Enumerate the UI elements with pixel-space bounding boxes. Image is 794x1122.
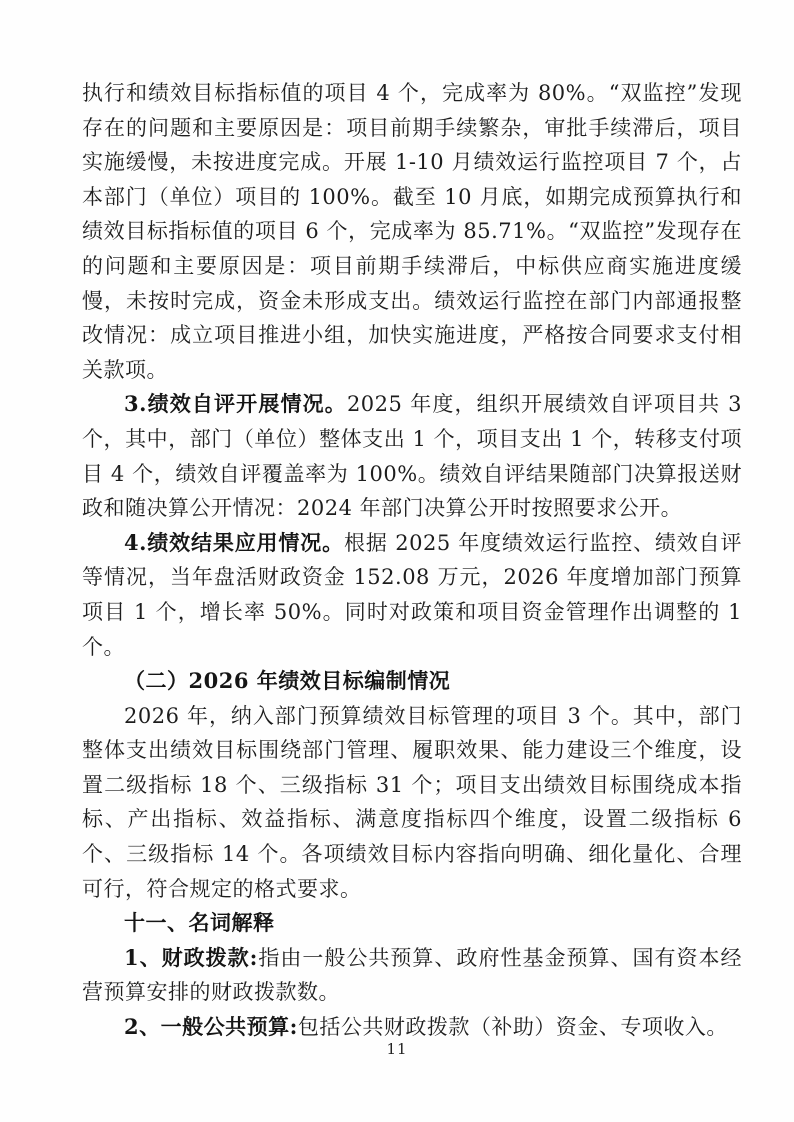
- glossary-term-fiscal-appropriation-lead: 1、财政拨款:: [124, 945, 258, 970]
- glossary-term-general-public-budget-lead: 2、一般公共预算:: [124, 1014, 298, 1039]
- glossary-term-general-public-budget-text: 包括公共财政拨款（补助）资金、专项收入。: [298, 1015, 728, 1039]
- paragraph-monitoring-continued: 执行和绩效目标指标值的项目 4 个，完成率为 80%。“双监控”发现存在的问题和…: [82, 76, 742, 387]
- glossary-term-fiscal-appropriation: 1、财政拨款:指由一般公共预算、政府性基金预算、国有资本经营预算安排的财政拨款数…: [82, 941, 742, 1010]
- paragraph-2026-targets: 2026 年，纳入部门预算绩效目标管理的项目 3 个。其中，部门整体支出绩效目标…: [82, 699, 742, 907]
- page-number: 11: [0, 1040, 794, 1058]
- document-body: 执行和绩效目标指标值的项目 4 个，完成率为 80%。“双监控”发现存在的问题和…: [82, 76, 742, 1045]
- paragraph-result-application-lead: 4.绩效结果应用情况。: [124, 530, 344, 555]
- paragraph-self-evaluation: 3.绩效自评开展情况。2025 年度，组织开展绩效自评项目共 3 个，其中，部门…: [82, 387, 742, 525]
- paragraph-self-evaluation-lead: 3.绩效自评开展情况。: [124, 391, 347, 416]
- document-page: 执行和绩效目标指标值的项目 4 个，完成率为 80%。“双监控”发现存在的问题和…: [0, 0, 794, 1122]
- heading-glossary: 十一、名词解释: [82, 906, 742, 941]
- heading-section-two: （二）2026 年绩效目标编制情况: [82, 664, 742, 699]
- paragraph-result-application: 4.绩效结果应用情况。根据 2025 年度绩效运行监控、绩效自评等情况，当年盘活…: [82, 526, 742, 664]
